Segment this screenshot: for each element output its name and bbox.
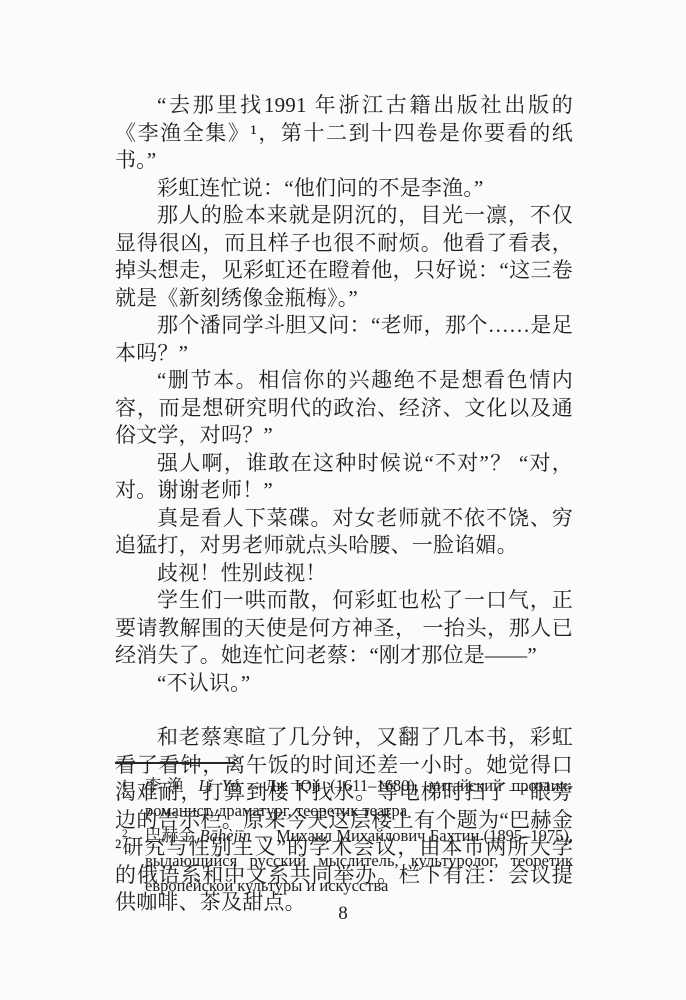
paragraph: 那人的脸本来就是阴沉的，目光一凛，不仅显得很凶，而且样子也很不耐烦。他看了看表，… — [115, 202, 573, 312]
footnote-term-pinyin: Lǐ Yú — [198, 776, 239, 795]
paragraph: “删节本。相信你的兴趣绝不是想看色情内容，而是想研究明代的政治、经济、文化以及通… — [115, 367, 573, 450]
footnote: 2 巴赫金 Bāhèjīn — Михаил Михайлович Бахтин… — [115, 823, 573, 898]
footnote-area: 1 李渔 Lǐ Yú —Ли Юй (1611–1680), китайский… — [115, 762, 573, 898]
paragraph: 歧视！性别歧视！ — [115, 560, 573, 588]
paragraph: “不认识。” — [115, 670, 573, 698]
footnote-term-zh: 李渔 — [145, 776, 189, 795]
paragraph: 真是看人下菜碟。对女老师就不依不饶、穷追猛打，对男老师就点头哈腰、一脸谄媚。 — [115, 505, 573, 560]
book-page: “去那里找1991 年浙江古籍出版社出版的《李渔全集》¹，第十二到十四卷是你要看… — [0, 0, 686, 1000]
paragraph: “去那里找1991 年浙江古籍出版社出版的《李渔全集》¹，第十二到十四卷是你要看… — [115, 92, 573, 175]
footnote-separator — [115, 762, 235, 764]
paragraph: 强人啊，谁敢在这种时候说“不对”？ “对，对。谢谢老师！” — [115, 450, 573, 505]
footnote: 1 李渔 Lǐ Yú —Ли Юй (1611–1680), китайский… — [115, 773, 573, 823]
paragraph: 彩虹连忙说：“他们问的不是李渔。” — [115, 175, 573, 203]
footnote-term-pinyin: Bāhèjīn — [200, 826, 251, 845]
footnote-marker: 2 — [122, 822, 128, 847]
footnote-term-zh: 巴赫金 — [145, 826, 195, 845]
paragraph: 学生们一哄而散，何彩虹也松了一口气，正要请教解围的天使是何方神圣， 一抬头，那人… — [115, 587, 573, 670]
footnote-marker: 1 — [122, 772, 128, 797]
paragraph: 那个潘同学斗胆又问：“老师，那个……是足本吗？” — [115, 312, 573, 367]
page-number: 8 — [0, 903, 686, 925]
